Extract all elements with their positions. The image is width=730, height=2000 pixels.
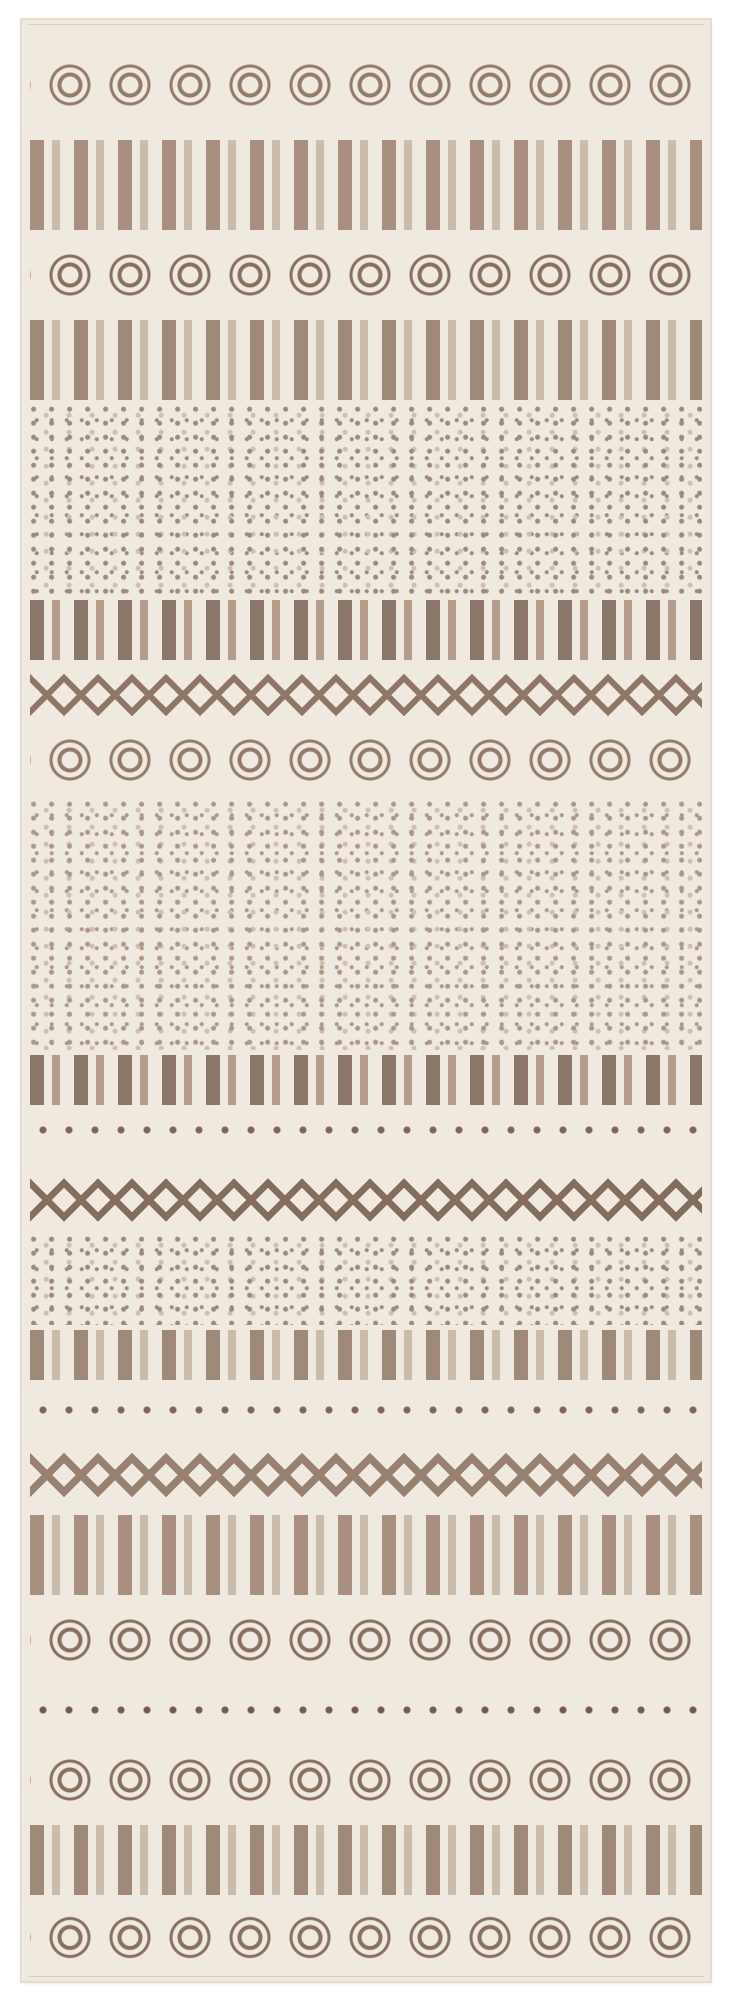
- runner-rug: [20, 18, 712, 1983]
- rug-pattern-band-noise: [30, 800, 702, 1050]
- rug-pattern-band-streaks: [30, 1825, 702, 1895]
- rug-pattern-band-dots: [30, 1110, 702, 1150]
- rug-pattern-band-streaks: [30, 140, 702, 230]
- rug-pattern-band-noise: [30, 405, 702, 595]
- rug-pattern-band-dots: [30, 1685, 702, 1735]
- rug-pattern-band-zig: [30, 1440, 702, 1510]
- rug-pattern-band-circles: [30, 235, 702, 315]
- rug-pattern-band-zig: [30, 670, 702, 720]
- rug-pattern-band-circles: [30, 1600, 702, 1680]
- rug-pattern-band-noise: [30, 1235, 702, 1325]
- rug-pattern-band-streaks: [30, 1055, 702, 1105]
- rug-pattern-band-streaks: [30, 320, 702, 400]
- rug-pattern-band-zig: [30, 1170, 702, 1230]
- rug-pattern-band-streaks: [30, 1515, 702, 1595]
- rug-pattern-band-circles: [30, 40, 702, 130]
- rug-pattern-band-streaks: [30, 600, 702, 660]
- bottom-edge-binding: [28, 1976, 704, 1977]
- rug-pattern-band-circles: [30, 1900, 702, 1975]
- top-edge-binding: [28, 24, 704, 25]
- rug-pattern-band-streaks: [30, 1330, 702, 1380]
- rug-pattern-band-circles: [30, 725, 702, 795]
- rug-pattern-band-dots: [30, 1385, 702, 1435]
- rug-pattern-band-circles: [30, 1740, 702, 1820]
